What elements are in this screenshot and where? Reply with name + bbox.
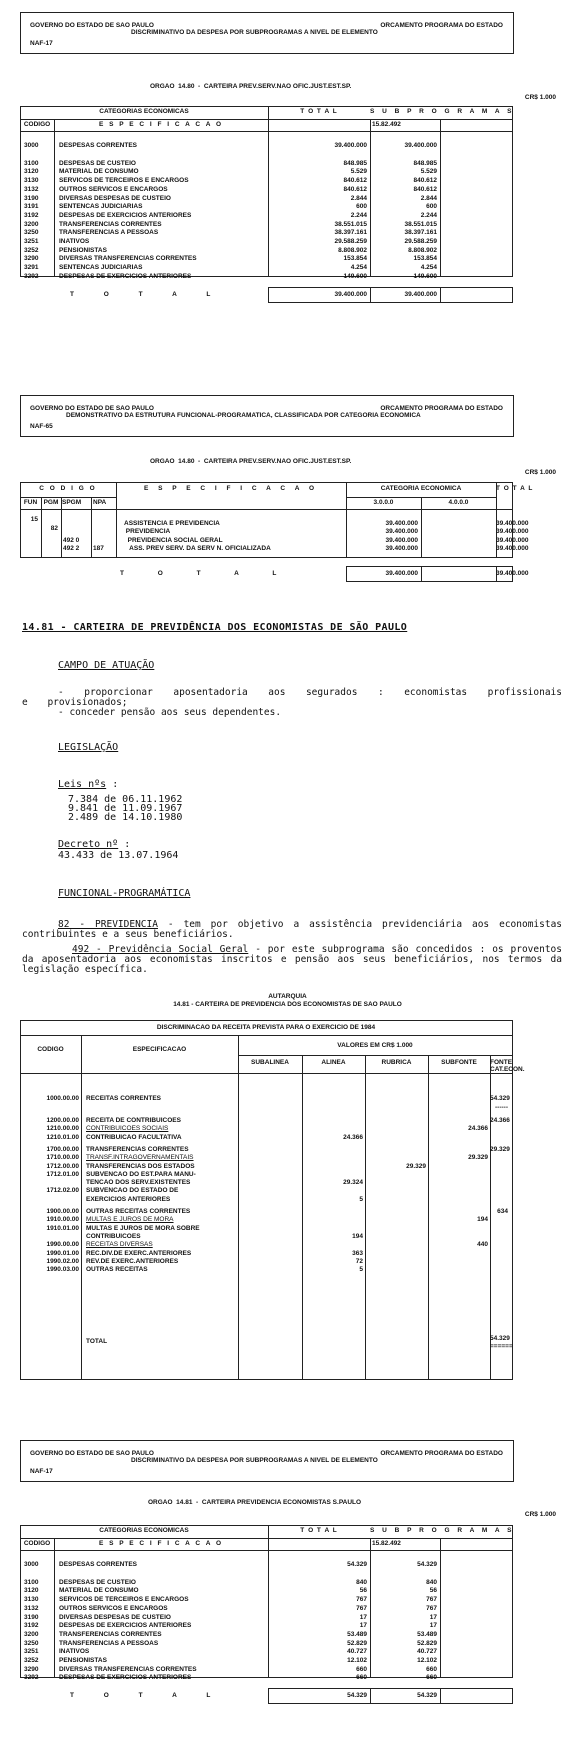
row-code: 1712.02.00	[20, 1188, 79, 1195]
report-title: DISCRIMINATIVO DA DESPESA POR SUBPROGRAM…	[131, 30, 378, 37]
row-alinea: 5	[302, 1267, 363, 1274]
row-total: 39.400.000	[496, 529, 509, 536]
rule-line	[20, 1020, 512, 1021]
rule-line	[20, 509, 512, 510]
row-subprogram-value: 17	[370, 1615, 437, 1622]
header-categoria-economica: CATEGORIA ECONOMICA	[346, 486, 496, 493]
row-subprogram-value: 38.551.015	[370, 222, 437, 229]
rule-line	[20, 1538, 512, 1539]
row-subprogram-value: 52.829	[370, 1641, 437, 1648]
row-subprogram-value: 149.600	[370, 274, 437, 281]
campo-title: CAMPO DE ATUAÇÃO	[58, 661, 154, 671]
header-npa: NPA	[91, 500, 118, 507]
row-rubrica: 29.329	[365, 1164, 426, 1171]
row-code: 3192	[24, 1623, 52, 1630]
row-code: 3130	[24, 178, 52, 185]
header-subprogram-code: 15.82.492	[372, 122, 474, 129]
row-description: EXERCICIOS ANTERIORES	[86, 1197, 237, 1204]
header-valores: VALORES EM CR$ 1.000	[238, 1043, 512, 1050]
colon: :	[106, 779, 118, 790]
row-subprogram-value: 660	[370, 1675, 437, 1682]
row-description: CONTRIBUICOES SOCIAIS	[86, 1126, 237, 1133]
row-alinea: 363	[302, 1251, 363, 1258]
row-fun: 15	[20, 517, 38, 524]
row-subprogram-value: 660	[370, 1667, 437, 1674]
row-code: 3250	[24, 1641, 52, 1648]
row-fonte: 29.329	[490, 1147, 508, 1154]
row-code: 3000	[24, 143, 52, 150]
row-subprogram-value: 2.844	[370, 196, 437, 203]
report-code: NAF-17	[30, 1469, 53, 1476]
row-code: 1990.02.00	[20, 1259, 79, 1266]
rule-line	[365, 1055, 366, 1379]
row-total: 848.985	[268, 161, 367, 168]
row-description: DIVERSAS TRANSFERENCIAS CORRENTES	[59, 256, 267, 263]
header-especificacao: ESPECIFICACAO	[81, 1047, 238, 1054]
rule-line	[20, 1035, 512, 1036]
rule-line	[346, 581, 513, 582]
row-description: CONTRIBUICAO FACULTATIVA	[86, 1135, 237, 1142]
row-description: DIVERSAS DESPESAS DE CUSTEIO	[59, 1615, 267, 1622]
row-cat-3000: 39.400.000	[346, 538, 418, 545]
row-total: 52.829	[268, 1641, 367, 1648]
rule-line	[346, 566, 512, 567]
rule-line	[54, 1538, 55, 1677]
row-subprogram-value: 840.612	[370, 178, 437, 185]
header-categorias: CATEGORIAS ECONOMICAS	[20, 1528, 268, 1535]
header-cat-4000: 4.0.0.0	[421, 500, 496, 507]
row-code: 3132	[24, 1606, 52, 1613]
rule-line	[20, 119, 512, 120]
row-code: 1990.03.00	[20, 1267, 79, 1274]
header-total: T O T A L	[268, 109, 370, 116]
row-code: 3132	[24, 187, 52, 194]
row-description: DESPESAS CORRENTES	[59, 143, 267, 150]
row-subprogram-value: 4.254	[370, 265, 437, 272]
header-especificacao: E S P E C I F I C A C A O	[116, 486, 346, 493]
rule-line	[512, 1020, 513, 1379]
row-fonte: 634	[490, 1209, 508, 1216]
row-subfonte: 194	[428, 1217, 488, 1224]
row-code: 1700.00.00	[20, 1147, 79, 1154]
row-code: 1990.00.00	[20, 1242, 79, 1249]
orcamento-label: ORCAMENTO PROGRAMA DO ESTADO	[380, 1451, 503, 1458]
row-subprogram-value: 848.985	[370, 161, 437, 168]
row-code: 3190	[24, 196, 52, 203]
row-subprogram-value: 767	[370, 1597, 437, 1604]
row-subfonte: 24.366	[428, 1126, 488, 1133]
row-alinea: 72	[302, 1259, 363, 1266]
row-description: TRANSFERENCIAS A PESSOAS	[59, 1641, 267, 1648]
row-description: PREVIDENCIA SOCIAL GERAL	[124, 538, 346, 545]
programa-paragraph: 82 - PREVIDENCIA - tem por objetivo a as…	[22, 920, 562, 940]
row-description: TRANSF.INTRAGOVERNAMENTAIS	[86, 1155, 237, 1162]
row-code: 3290	[24, 1667, 52, 1674]
row-subprogram-value: 840.612	[370, 187, 437, 194]
rule-line	[440, 1538, 441, 1677]
row-code: 3200	[24, 222, 52, 229]
header-cat-econ: CAT.ECON.	[490, 1067, 509, 1074]
total-subprogram-value: 39.400.000	[370, 292, 437, 299]
row-description: DESPESAS DE CUSTEIO	[59, 161, 267, 168]
total-double-rule: ======	[490, 1344, 508, 1351]
row-description: DIVERSAS DESPESAS DE CUSTEIO	[59, 196, 267, 203]
decreto-label-row: Decreto nº :	[58, 832, 130, 851]
row-description: TRANSFERENCIAS CORRENTES	[59, 222, 267, 229]
row-description: RECEITAS DIVERSAS	[86, 1242, 237, 1249]
row-total: 767	[268, 1606, 367, 1613]
row-spgm: 492 0	[63, 538, 90, 545]
row-subprogram-value: 56	[370, 1588, 437, 1595]
row-total: 600	[268, 204, 367, 211]
row-code: 3290	[24, 256, 52, 263]
row-description: ASSISTENCIA E PREVIDENCIA	[124, 521, 346, 528]
row-code: 1712.00.00	[20, 1164, 79, 1171]
row-code: 3252	[24, 248, 52, 255]
legislacao-title: LEGISLAÇÃO	[58, 743, 118, 753]
row-pgm: 82	[41, 526, 58, 533]
total-value: 54.329	[268, 1693, 367, 1700]
row-code: 1900.00.00	[20, 1209, 79, 1216]
funcional-title: FUNCIONAL-PROGRAMÁTICA	[58, 889, 190, 899]
row-subprogram-value: 38.397.161	[370, 230, 437, 237]
row-code: 3190	[24, 1615, 52, 1622]
row-description: SUBVENCAO DO EST.PARA MANU-	[86, 1172, 237, 1179]
header-subprogram-code: 15.82.492	[372, 1541, 474, 1548]
total-value: 54.329	[490, 1336, 508, 1343]
rule-line	[20, 1379, 513, 1380]
rule-line	[268, 287, 512, 288]
row-code: 3251	[24, 239, 52, 246]
row-code: 1990.01.00	[20, 1251, 79, 1258]
row-description: OUTROS SERVICOS E ENCARGOS	[59, 187, 267, 194]
row-total: 4.254	[268, 265, 367, 272]
header-codigo: CODIGO	[20, 1541, 54, 1548]
row-description: OUTRAS RECEITAS CORRENTES	[86, 1209, 237, 1216]
row-code: 3191	[24, 204, 52, 211]
row-description: DESPESAS DE EXERCICIOS ANTERIORES	[59, 1623, 267, 1630]
rule-line	[490, 1055, 491, 1379]
row-total: 840	[268, 1580, 367, 1587]
row-description: DESPESAS DE EXERCICIOS ANTERIORES	[59, 274, 267, 281]
header-subfonte: SUBFONTE	[428, 1060, 490, 1067]
header-codigo: CODIGO	[20, 1047, 81, 1054]
row-spgm: 492 2	[63, 546, 90, 553]
row-description: OUTRAS RECEITAS	[86, 1267, 237, 1274]
row-total: 40.727	[268, 1649, 367, 1656]
header-categorias: CATEGORIAS ECONOMICAS	[20, 109, 268, 116]
decreto-value: 43.433 de 13.07.1964	[58, 851, 178, 861]
row-code: 3292	[24, 1675, 52, 1682]
header-especificacao: E S P E C I F I C A C A O	[54, 1541, 268, 1548]
row-code: 1710.00.00	[20, 1155, 79, 1162]
row-code: 3100	[24, 161, 52, 168]
row-code: 3192	[24, 213, 52, 220]
row-code: 3251	[24, 1649, 52, 1656]
row-subfonte: 29.329	[428, 1155, 488, 1162]
row-code: 1200.00.00	[20, 1118, 79, 1125]
header-subprogramas: S U B P R O G R A M A S	[370, 109, 512, 116]
row-total: 17	[268, 1615, 367, 1622]
row-npa: 187	[93, 546, 115, 553]
rule-line	[54, 119, 55, 276]
row-alinea: 194	[302, 1234, 363, 1241]
row-code: 3252	[24, 1658, 52, 1665]
row-total: 660	[268, 1675, 367, 1682]
row-total: 767	[268, 1597, 367, 1604]
row-total: 56	[268, 1588, 367, 1595]
row-subfonte: 440	[428, 1242, 488, 1249]
rule-line	[512, 1688, 513, 1703]
row-code: 3291	[24, 265, 52, 272]
row-subprogram-value: 2.244	[370, 213, 437, 220]
total-value: 39.400.000	[268, 292, 367, 299]
row-description: DESPESAS CORRENTES	[59, 1562, 267, 1569]
total-label: TOTAL	[86, 1339, 146, 1346]
row-subprogram-value: 600	[370, 204, 437, 211]
row-description: PENSIONISTAS	[59, 248, 267, 255]
rule-line	[20, 106, 512, 107]
header-rubrica: RUBRICA	[365, 1060, 428, 1067]
row-description: MULTAS E JUROS DE MORA SOBRE	[86, 1226, 237, 1233]
row-total: 660	[268, 1667, 367, 1674]
row-description: MULTAS E JUROS DE MORA	[86, 1217, 237, 1224]
row-total: 39.400.000	[496, 538, 509, 545]
header-especificacao: E S P E C I F I C A C A O	[54, 122, 268, 129]
report-title: DISCRIMINATIVO DA DESPESA POR SUBPROGRAM…	[131, 1458, 378, 1465]
rule-line	[238, 1055, 512, 1056]
row-total: 39.400.000	[496, 546, 509, 553]
row-description: ASS. PREV SERV. DA SERV N. OFICIALIZADA	[124, 546, 346, 553]
leis-label: Leis nºs	[58, 779, 106, 790]
row-total: 8.808.902	[268, 248, 367, 255]
row-description: DESPESAS DE EXERCICIOS ANTERIORES	[59, 1675, 267, 1682]
row-description: MATERIAL DE CONSUMO	[59, 1588, 267, 1595]
row-code: 1910.01.00	[20, 1226, 79, 1233]
row-total: 38.551.015	[268, 222, 367, 229]
rule-line	[81, 1035, 82, 1379]
autarquia-label: AUTARQUIA	[0, 994, 575, 1001]
rule-line	[512, 106, 513, 276]
row-code: 1910.00.00	[20, 1217, 79, 1224]
row-code: 1712.01.00	[20, 1172, 79, 1179]
rule-line	[20, 557, 513, 558]
row-subprogram-value: 29.588.259	[370, 239, 437, 246]
row-subprogram-value: 40.727	[370, 1649, 437, 1656]
campo-text-2: - conceder pensão aos seus dependentes.	[58, 708, 281, 718]
row-description: SENTENCAS JUDICIARIAS	[59, 265, 267, 272]
row-description: RECEITA DE CONTRIBUICOES	[86, 1118, 237, 1125]
rule-line	[20, 1550, 512, 1551]
unit-label: CR$ 1.000	[525, 1512, 556, 1519]
row-description: TRANSFERENCIAS CORRENTES	[86, 1147, 237, 1154]
total-value: 39.400.000	[496, 571, 509, 578]
row-total: 29.588.259	[268, 239, 367, 246]
row-cat-3000: 39.400.000	[346, 521, 418, 528]
header-codigo: C O D I G O	[20, 486, 116, 493]
row-description: SENTENCAS JUDICIARIAS	[59, 204, 267, 211]
header-codigo: CODIGO	[20, 122, 54, 129]
row-description: PREVIDENCIA	[124, 529, 346, 536]
row-code: 1000.00.00	[20, 1096, 79, 1103]
orgao-line: ORGAO 14.80 - CARTEIRA PREV.SERV.NAO OFI…	[150, 84, 351, 91]
row-code: 3250	[24, 230, 52, 237]
rule-line	[440, 119, 441, 276]
rule-line	[116, 482, 117, 557]
entity-title: 14.81 - CARTEIRA DE PREVIDENCIA DOS ECON…	[0, 1002, 575, 1009]
row-fonte: 54.329	[490, 1096, 508, 1103]
orgao-line: ORGAO 14.81 - CARTEIRA PREVIDENCIA ECONO…	[148, 1500, 361, 1507]
section-title: 14.81 - CARTEIRA DE PREVIDÊNCIA DOS ECON…	[22, 623, 407, 633]
total-label: T O T A L	[120, 571, 320, 578]
row-description: INATIVOS	[59, 239, 267, 246]
row-total: 2.244	[268, 213, 367, 220]
row-code: 3200	[24, 1632, 52, 1639]
row-description: SUBVENCAO DO ESTADO DE	[86, 1188, 237, 1195]
row-subprogram-value: 153.854	[370, 256, 437, 263]
rule-line	[20, 131, 512, 132]
row-code: 1210.01.00	[20, 1135, 79, 1142]
total-label: T O T A L	[70, 292, 250, 299]
row-subprogram-value: 53.489	[370, 1632, 437, 1639]
leis-label-row: Leis nºs :	[58, 772, 118, 791]
campo-text-1: - proporcionar aposentadoria aos segurad…	[22, 688, 562, 708]
row-total: 39.400.000	[496, 521, 509, 528]
total-label: T O T A L	[70, 1693, 250, 1700]
row-total: 153.854	[268, 256, 367, 263]
rule-line	[440, 1688, 441, 1703]
lei-3: 2.489 de 14.10.1980	[68, 813, 182, 823]
rule-line	[20, 1073, 512, 1074]
row-total: 53.489	[268, 1632, 367, 1639]
header-subalinea: SUBALINEA	[238, 1060, 302, 1067]
header-spgm: SPGM	[61, 500, 92, 507]
row-description: TRANSFERENCIAS A PESSOAS	[59, 230, 267, 237]
row-subprogram-value: 39.400.000	[370, 143, 437, 150]
row-subprogram-value: 840	[370, 1580, 437, 1587]
row-description: CONTRIBUICOES	[86, 1234, 237, 1241]
row-description: MATERIAL DE CONSUMO	[59, 169, 267, 176]
row-fonte: ------	[490, 1105, 508, 1112]
row-subprogram-value: 8.808.902	[370, 248, 437, 255]
rule-line	[268, 302, 513, 303]
rule-line	[512, 287, 513, 302]
header-alinea: ALINEA	[302, 1060, 365, 1067]
header-total: T O T A L	[268, 1528, 370, 1535]
row-alinea: 5	[302, 1197, 363, 1204]
rule-line	[421, 566, 422, 581]
row-subprogram-value: 767	[370, 1606, 437, 1613]
report-header-naf65: GOVERNO DO ESTADO DE SAO PAULO ORCAMENTO…	[20, 395, 514, 437]
row-description: INATIVOS	[59, 1649, 267, 1656]
row-fonte: 24.366	[490, 1118, 508, 1125]
row-cat-3000: 39.400.000	[346, 529, 418, 536]
rule-line	[238, 1035, 239, 1379]
row-description: TRANSFERENCIAS CORRENTES	[59, 1632, 267, 1639]
row-total: 12.102	[268, 1658, 367, 1665]
report-code: NAF-65	[30, 424, 53, 431]
row-total: 840.612	[268, 187, 367, 194]
row-cat-3000: 39.400.000	[346, 546, 418, 553]
rule-line	[512, 1525, 513, 1677]
orgao-line: ORGAO 14.80 - CARTEIRA PREV.SERV.NAO OFI…	[150, 459, 351, 466]
report-title: DEMONSTRATIVO DA ESTRUTURA FUNCIONAL-PRO…	[66, 413, 421, 420]
row-subprogram-value: 17	[370, 1623, 437, 1630]
rule-line	[302, 1055, 303, 1379]
row-description: SERVICOS DE TERCEIROS E ENCARGOS	[59, 178, 267, 185]
row-description: DESPESAS DE CUSTEIO	[59, 1580, 267, 1587]
total-cat-3000: 39.400.000	[346, 571, 418, 578]
orcamento-label: ORCAMENTO PROGRAMA DO ESTADO	[380, 23, 503, 30]
decreto-label: Decreto nº	[58, 839, 118, 850]
report-code: NAF-17	[30, 41, 53, 48]
row-description: RECEITAS CORRENTES	[86, 1096, 237, 1103]
row-description: DESPESAS DE EXERCICIOS ANTERIORES	[59, 213, 267, 220]
row-code: 3100	[24, 1580, 52, 1587]
row-total: 39.400.000	[268, 143, 367, 150]
row-alinea: 24.366	[302, 1135, 363, 1142]
rule-line	[20, 497, 116, 498]
rule-line	[268, 1688, 512, 1689]
row-subprogram-value: 5.529	[370, 169, 437, 176]
rule-line	[440, 287, 441, 302]
row-code: 1210.00.00	[20, 1126, 79, 1133]
row-subprogram-value: 54.329	[370, 1562, 437, 1569]
row-description: DIVERSAS TRANSFERENCIAS CORRENTES	[59, 1667, 267, 1674]
row-code: 3120	[24, 1588, 52, 1595]
total-subprogram-value: 54.329	[370, 1693, 437, 1700]
colon: :	[118, 839, 130, 850]
header-cat-3000: 3.0.0.0	[346, 500, 421, 507]
row-total: 17	[268, 1623, 367, 1630]
row-total: 5.529	[268, 169, 367, 176]
row-description: REV.DE EXERC.ANTERIORES	[86, 1259, 237, 1266]
rule-line	[20, 1525, 512, 1526]
unit-label: CR$ 1.000	[525, 470, 556, 477]
header-total: T O T A L	[496, 486, 512, 493]
row-total: 149.600	[268, 274, 367, 281]
row-total: 840.612	[268, 178, 367, 185]
row-code: 3000	[24, 1562, 52, 1569]
report-header-naf17: GOVERNO DO ESTADO DE SAO PAULO ORCAMENTO…	[20, 1440, 514, 1482]
subprograma-paragraph: 492 - Previdência Social Geral - por est…	[22, 945, 562, 975]
unit-label: CR$ 1.000	[525, 95, 556, 102]
row-total: 38.397.161	[268, 230, 367, 237]
row-alinea: 29.324	[302, 1180, 363, 1187]
header-fun: FUN	[20, 500, 41, 507]
row-code: 3130	[24, 1597, 52, 1604]
row-code: 3292	[24, 274, 52, 281]
row-description: REC.DIV.DE EXERC.ANTERIORES	[86, 1251, 237, 1258]
row-total: 2.844	[268, 196, 367, 203]
row-code: 3120	[24, 169, 52, 176]
report-header-naf17: GOVERNO DO ESTADO DE SAO PAULO ORCAMENTO…	[20, 12, 514, 54]
row-subprogram-value: 12.102	[370, 1658, 437, 1665]
header-subprogramas: S U B P R O G R A M A S	[370, 1528, 512, 1535]
rule-line	[20, 1525, 21, 1677]
rule-line	[20, 482, 512, 483]
rule-line	[268, 1703, 513, 1704]
row-description: SERVICOS DE TERCEIROS E ENCARGOS	[59, 1597, 267, 1604]
row-description: TRANSFERENCIAS DOS ESTADOS	[86, 1164, 237, 1171]
row-description: TENCAO DOS SERV.EXISTENTES	[86, 1180, 237, 1187]
header-pgm: PGM	[41, 500, 61, 507]
row-description: PENSIONISTAS	[59, 1658, 267, 1665]
row-description: OUTROS SERVICOS E ENCARGOS	[59, 1606, 267, 1613]
receita-title: DISCRIMINACAO DA RECEITA PREVISTA PARA O…	[20, 1025, 512, 1032]
row-total: 54.329	[268, 1562, 367, 1569]
